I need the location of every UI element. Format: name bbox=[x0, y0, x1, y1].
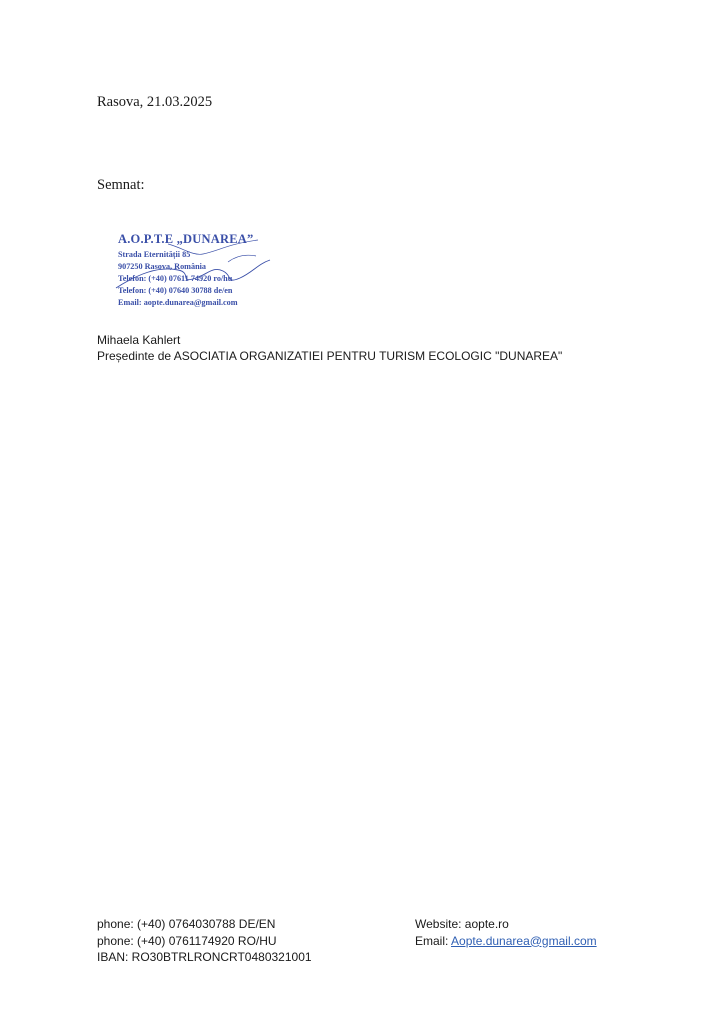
handwritten-signature-icon bbox=[108, 226, 278, 312]
organization-stamp: A.O.P.T.E „DUNAREA” Strada Eternității 8… bbox=[108, 226, 278, 312]
signer-role: Președinte de ASOCIATIA ORGANIZATIEI PEN… bbox=[97, 349, 562, 363]
footer-contact: phone: (+40) 0764030788 DE/EN phone: (+4… bbox=[97, 916, 312, 966]
signer-name: Mihaela Kahlert bbox=[97, 333, 180, 347]
footer-website: Website: aopte.ro bbox=[415, 916, 597, 933]
signed-label: Semnat: bbox=[97, 177, 145, 194]
footer-email: Email: Aopte.dunarea@gmail.com bbox=[415, 933, 597, 950]
footer-phone-ro-hu: phone: (+40) 0761174920 RO/HU bbox=[97, 933, 312, 950]
footer-iban: IBAN: RO30BTRLRONCRT0480321001 bbox=[97, 949, 312, 966]
footer-phone-de-en: phone: (+40) 0764030788 DE/EN bbox=[97, 916, 312, 933]
footer-email-link[interactable]: Aopte.dunarea@gmail.com bbox=[451, 934, 597, 948]
place-date: Rasova, 21.03.2025 bbox=[97, 94, 212, 111]
footer-web: Website: aopte.ro Email: Aopte.dunarea@g… bbox=[415, 916, 597, 949]
footer-email-label: Email: bbox=[415, 934, 451, 948]
